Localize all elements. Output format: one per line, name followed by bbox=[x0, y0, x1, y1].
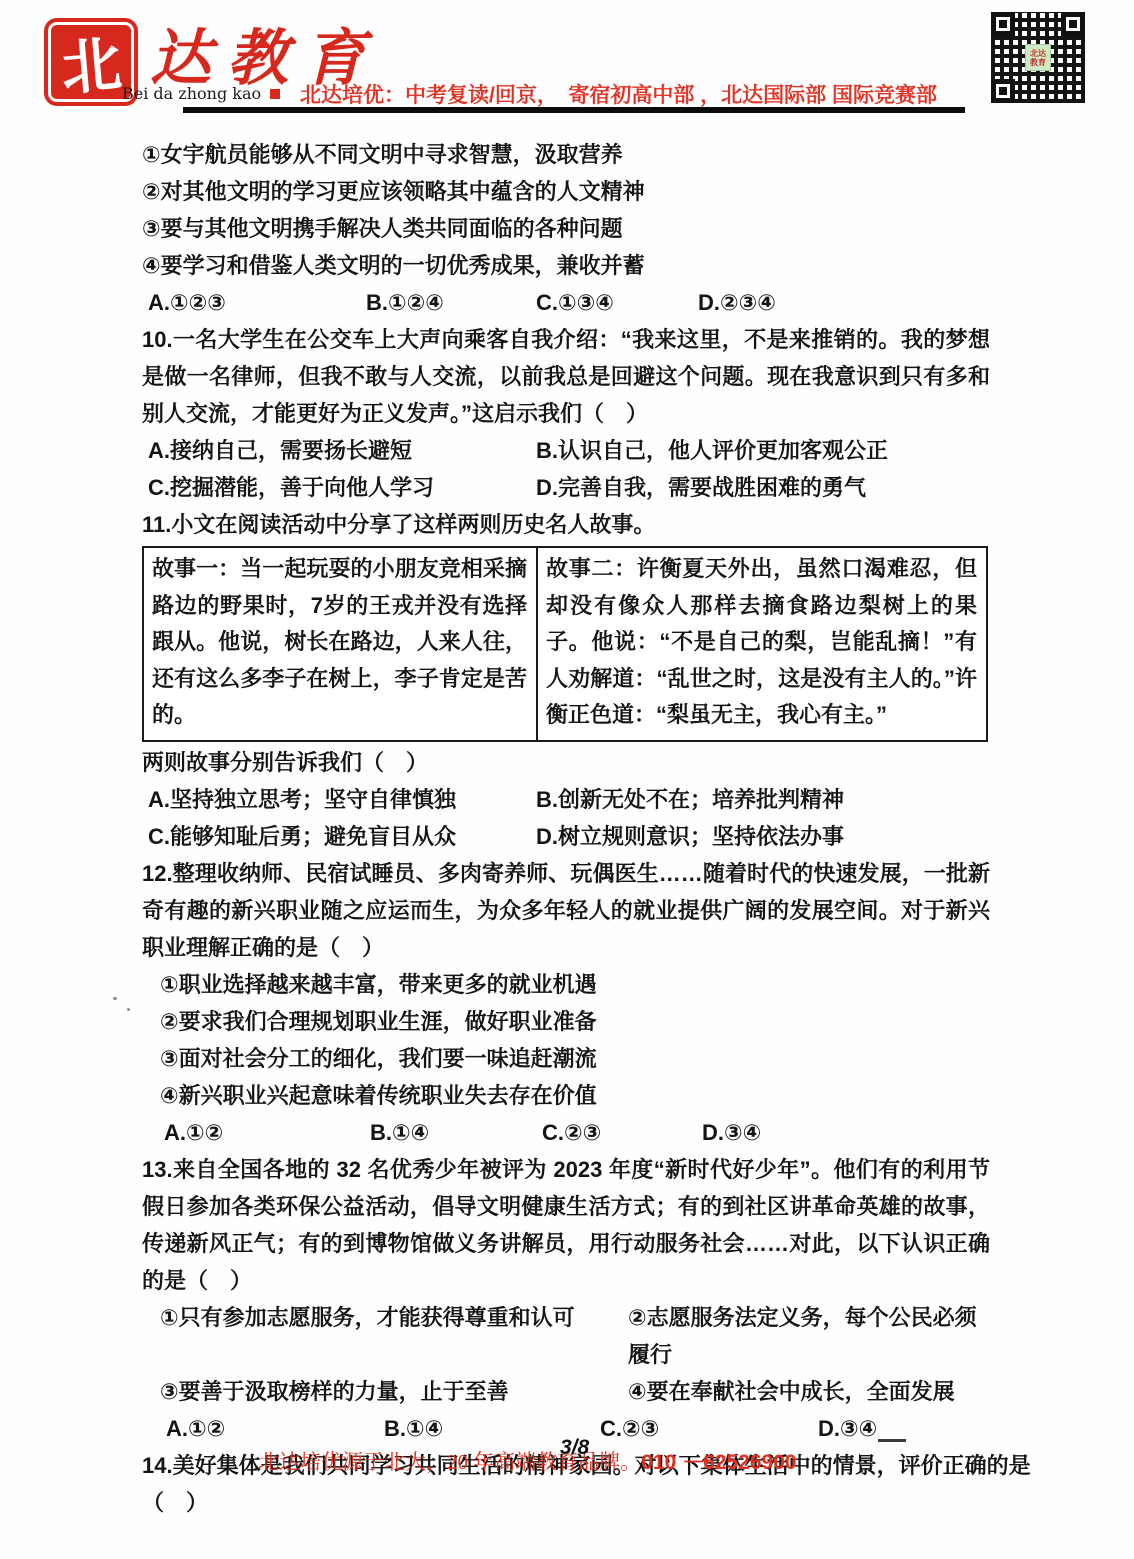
qr-center-label: 北达 教育 bbox=[1025, 44, 1051, 71]
question-items-row: ①只有参加志愿服务，才能获得尊重和认可 ②志愿服务法定义务，每个公民必须履行 ③… bbox=[142, 1299, 990, 1410]
margin-dash bbox=[878, 1439, 906, 1442]
story-two-cell: 故事二：许衡夏天外出，虽然口渴难忍，但却没有像众人那样去摘食路边梨树上的果子。他… bbox=[538, 548, 986, 740]
exam-page: 北 达教育 Bei da zhong kao 北达培优：中考复读/回京， 寄宿初… bbox=[0, 0, 1134, 1559]
question-item: ②对其他文明的学习更应该领略其中蕴含的人文精神 bbox=[142, 173, 990, 210]
question-item: ③面对社会分工的细化，我们要一味追赶潮流 bbox=[142, 1040, 990, 1077]
question-item: ③要善于汲取榜样的力量，止于至善 bbox=[160, 1373, 628, 1410]
question-stem: 11.小文在阅读活动中分享了这样两则历史名人故事。 bbox=[142, 506, 990, 543]
question-stem-parens: （ ） bbox=[142, 1484, 990, 1521]
scan-speck bbox=[113, 997, 117, 1000]
option-b: B.认识自己，他人评价更加客观公正 bbox=[536, 432, 990, 469]
page-number: 3/8 bbox=[560, 1436, 589, 1460]
header-divider bbox=[183, 107, 965, 113]
header-tagline: 北达培优：中考复读/回京， 寄宿初高中部 ，北达国际部 国际竞赛部 bbox=[300, 79, 937, 109]
option-a: A.①② bbox=[164, 1114, 370, 1151]
question-item: ①女宇航员能够从不同文明中寻求智慧，汲取营养 bbox=[142, 136, 990, 173]
question-13: 13.来自全国各地的 32 名优秀少年被评为 2023 年度“新时代好少年”。他… bbox=[142, 1151, 990, 1447]
question-stem: 13.来自全国各地的 32 名优秀少年被评为 2023 年度“新时代好少年”。他… bbox=[142, 1151, 990, 1299]
option-a: A.①②③ bbox=[148, 284, 366, 321]
question-9: ①女宇航员能够从不同文明中寻求智慧，汲取营养 ②对其他文明的学习更应该领略其中蕴… bbox=[142, 136, 990, 321]
question-item: ②志愿服务法定义务，每个公民必须履行 bbox=[628, 1299, 990, 1373]
story-one-cell: 故事一：当一起玩耍的小朋友竞相采摘路边的野果时，7岁的王戎并没有选择跟从。他说，… bbox=[144, 548, 538, 740]
question-12: 12.整理收纳师、民宿试睡员、多肉寄养师、玩偶医生……随着时代的快速发展，一批新… bbox=[142, 855, 990, 1151]
option-d: D.树立规则意识；坚持依法办事 bbox=[536, 818, 990, 855]
option-c: C.①③④ bbox=[536, 284, 698, 321]
scan-speck bbox=[127, 1008, 130, 1011]
option-b: B.创新无处不在；培养批判精神 bbox=[536, 781, 990, 818]
question-item: ①职业选择越来越丰富，带来更多的就业机遇 bbox=[142, 966, 990, 1003]
exam-body: ①女宇航员能够从不同文明中寻求智慧，汲取营养 ②对其他文明的学习更应该领略其中蕴… bbox=[142, 136, 990, 1521]
seal-character: 北 bbox=[57, 17, 124, 108]
option-c: C.②③ bbox=[542, 1114, 702, 1151]
option-d: D.②③④ bbox=[698, 284, 990, 321]
option-c: C.能够知耻后勇；避免盲目从众 bbox=[148, 818, 536, 855]
qr-finder-icon bbox=[991, 12, 1015, 36]
qr-finder-icon bbox=[1061, 12, 1085, 36]
question-11: 11.小文在阅读活动中分享了这样两则历史名人故事。 故事一：当一起玩耍的小朋友竞… bbox=[142, 506, 990, 855]
option-d: D.③④ bbox=[702, 1114, 990, 1151]
question-item: ④新兴职业兴起意味着传统职业失去存在价值 bbox=[142, 1077, 990, 1114]
question-stem: 10.一名大学生在公交车上大声向乘客自我介绍：“我来这里，不是来推销的。我的梦想… bbox=[142, 321, 990, 432]
option-a: A.接纳自己，需要扬长避短 bbox=[148, 432, 536, 469]
options-row: A.①②③ B.①②④ C.①③④ D.②③④ bbox=[142, 284, 990, 321]
option-a: A.①② bbox=[166, 1410, 384, 1447]
options-row: A.接纳自己，需要扬长避短 B.认识自己，他人评价更加客观公正 C.挖掘潜能，善… bbox=[142, 432, 990, 506]
qr-code: 北达 教育 bbox=[991, 12, 1085, 103]
question-item: ③要与其他文明携手解决人类共同面临的各种问题 bbox=[142, 210, 990, 247]
option-b: B.①④ bbox=[370, 1114, 542, 1151]
question-10: 10.一名大学生在公交车上大声向乘客自我介绍：“我来这里，不是来推销的。我的梦想… bbox=[142, 321, 990, 506]
question-item: ①只有参加志愿服务，才能获得尊重和认可 bbox=[160, 1299, 628, 1373]
question-item: ②要求我们合理规划职业生涯，做好职业准备 bbox=[142, 1003, 990, 1040]
red-square-icon bbox=[270, 89, 280, 99]
footer-slogan: 北达培优源于北大，20 年高端教育品牌。010 －62526900 bbox=[258, 1446, 797, 1476]
option-c: C.挖掘潜能，善于向他人学习 bbox=[148, 469, 536, 506]
question-stem: 12.整理收纳师、民宿试睡员、多肉寄养师、玩偶医生……随着时代的快速发展，一批新… bbox=[142, 855, 990, 966]
footer-phone: 010 －62526900 bbox=[641, 1451, 796, 1474]
story-table: 故事一：当一起玩耍的小朋友竞相采摘路边的野果时，7岁的王戎并没有选择跟从。他说，… bbox=[142, 546, 988, 742]
option-c: C.②③ bbox=[600, 1410, 818, 1447]
options-row: A.①② B.①④ C.②③ D.③④ bbox=[142, 1114, 990, 1151]
option-a: A.坚持独立思考；坚守自律慎独 bbox=[148, 781, 536, 818]
option-b: B.①②④ bbox=[366, 284, 536, 321]
question-item: ④要在奉献社会中成长，全面发展 bbox=[628, 1373, 990, 1410]
options-row: A.坚持独立思考；坚守自律慎独 B.创新无处不在；培养批判精神 C.能够知耻后勇… bbox=[142, 781, 990, 855]
question-item: ④要学习和借鉴人类文明的一切优秀成果，兼收并蓄 bbox=[142, 247, 990, 284]
qr-finder-icon bbox=[991, 79, 1015, 103]
brand-subtitle: Bei da zhong kao bbox=[122, 84, 280, 103]
option-d: D.完善自我，需要战胜困难的勇气 bbox=[536, 469, 990, 506]
question-prompt: 两则故事分别告诉我们（ ） bbox=[142, 744, 990, 781]
